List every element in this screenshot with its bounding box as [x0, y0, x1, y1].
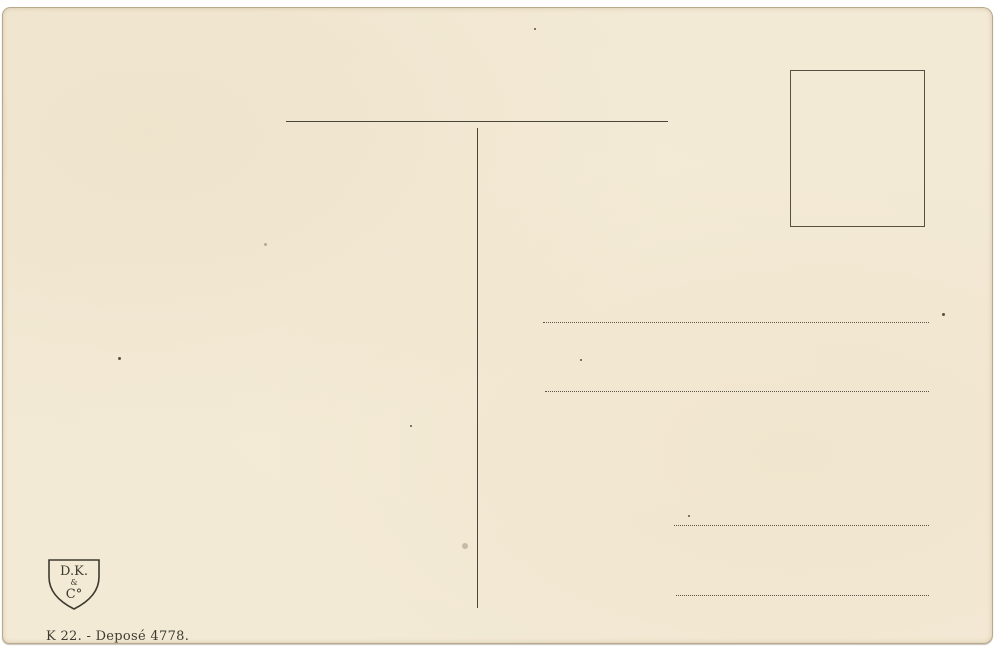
shield-icon: D.K. & C°: [46, 557, 102, 611]
paper-speck: [410, 425, 412, 427]
logo-line2: C°: [66, 587, 82, 602]
paper-speck: [264, 243, 267, 246]
divider-vertical-line: [477, 128, 478, 608]
address-line-2: [545, 391, 929, 392]
paper-speck: [688, 515, 690, 517]
address-line-3: [674, 525, 929, 526]
paper-speck: [942, 313, 945, 316]
paper-speck: [118, 357, 121, 360]
divider-horizontal-line: [286, 121, 668, 122]
address-line-4: [676, 595, 929, 596]
stamp-placement-box: [790, 70, 925, 227]
address-line-1: [543, 322, 929, 323]
publisher-logo: D.K. & C°: [46, 557, 102, 611]
postcard-back: D.K. & C° K 22. - Deposé 4778.: [2, 7, 993, 644]
logo-line1: D.K.: [60, 564, 88, 579]
paper-speck: [462, 543, 468, 549]
logo-ampersand: &: [70, 578, 77, 587]
paper-speck: [580, 359, 582, 361]
paper-speck: [534, 28, 536, 30]
publisher-footer-text: K 22. - Deposé 4778.: [46, 629, 189, 644]
